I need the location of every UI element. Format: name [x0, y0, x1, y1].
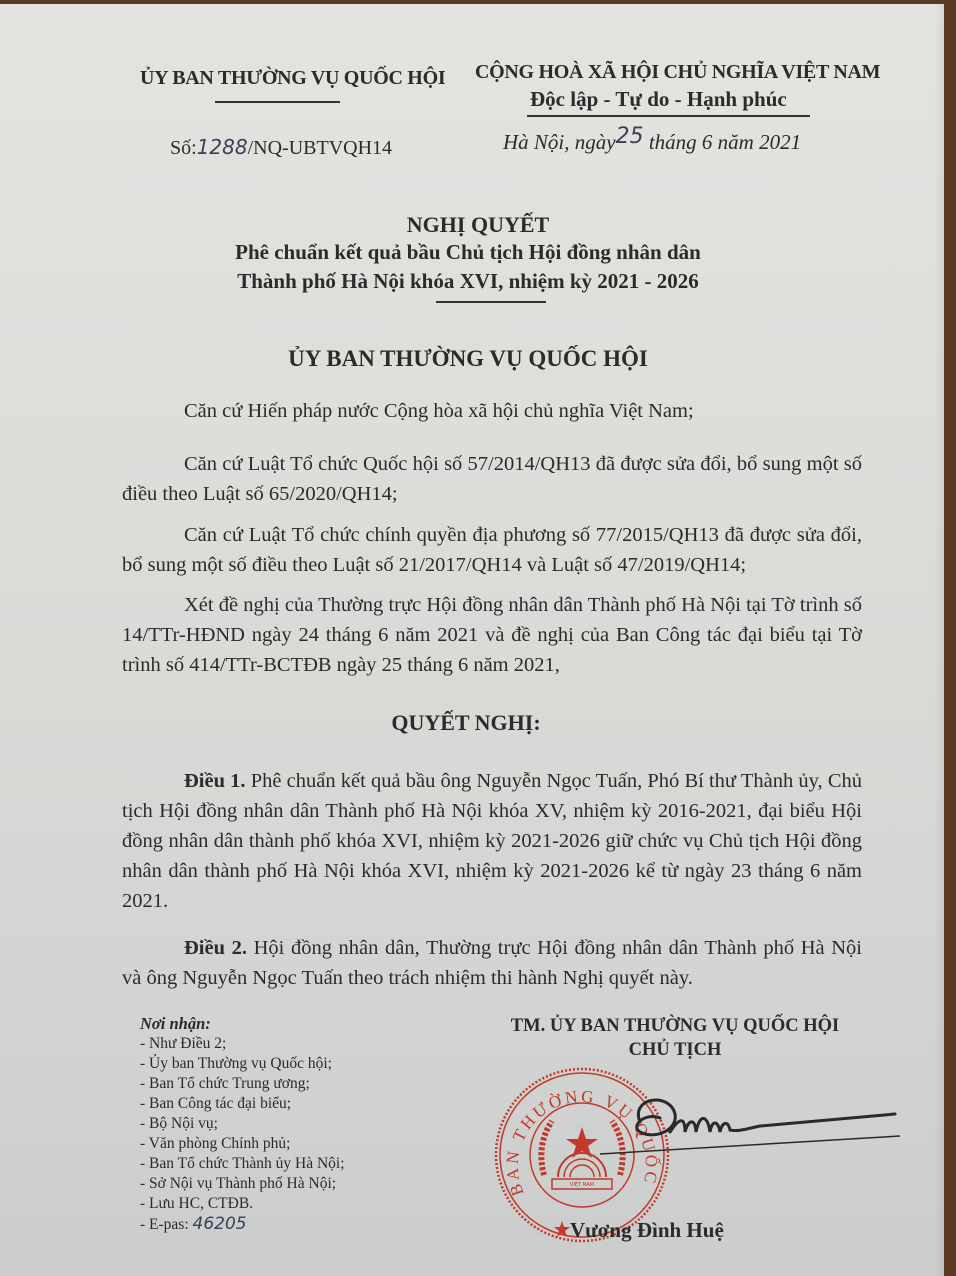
handwritten-day: 25 — [616, 124, 644, 149]
preamble-item: Căn cứ Luật Tổ chức chính quyền địa phươ… — [122, 520, 862, 580]
preamble-item: Xét đề nghị của Thường trực Hội đồng nhâ… — [122, 590, 862, 680]
title-underline — [436, 301, 546, 303]
signature-icon — [600, 1092, 900, 1162]
issuing-agency: ỦY BAN THƯỜNG VỤ QUỐC HỘI — [140, 67, 445, 90]
recipient-item: - Ban Công tác đại biểu; — [140, 1094, 345, 1114]
recipient-item: - Bộ Nội vụ; — [140, 1114, 345, 1134]
recipient-epas: - E-pas: 46205 — [140, 1214, 345, 1235]
recipient-item: - Văn phòng Chính phủ; — [140, 1134, 345, 1154]
date-suffix: tháng 6 năm 2021 — [649, 130, 801, 154]
signer-name: Vương Đình Huệ — [570, 1218, 724, 1243]
epas-label: - E-pas: — [140, 1216, 189, 1233]
document-number: Số:1288/NQ-UBTVQH14 — [170, 135, 392, 160]
preamble-item: Căn cứ Luật Tổ chức Quốc hội số 57/2014/… — [122, 449, 862, 509]
handwritten-number: 1288 — [197, 135, 248, 159]
recipient-item: - Ủy ban Thường vụ Quốc hội; — [140, 1054, 345, 1074]
on-behalf-of: TM. ỦY BAN THƯỜNG VỤ QUỐC HỘI — [470, 1016, 880, 1037]
document-date: Hà Nội, ngày25 tháng 6 năm 2021 — [503, 130, 801, 155]
national-motto: Độc lập - Tự do - Hạnh phúc — [530, 87, 787, 112]
number-suffix: /NQ-UBTVQH14 — [248, 137, 392, 159]
signer-position: CHỦ TỊCH — [470, 1040, 880, 1061]
issuer-heading: ỦY BAN THƯỜNG VỤ QUỐC HỘI — [0, 346, 946, 372]
recipient-item: - Ban Tổ chức Trung ương; — [140, 1074, 345, 1094]
date-prefix: Hà Nội, ngày — [503, 130, 616, 154]
motto-underline — [527, 115, 810, 117]
recipients-title: Nơi nhận: — [140, 1014, 345, 1034]
document-type: NGHỊ QUYẾT — [0, 212, 956, 238]
decision-heading: QUYẾT NGHỊ: — [0, 710, 944, 736]
article-1: Điều 1. Phê chuẩn kết quả bầu ông Nguyễn… — [122, 766, 862, 916]
article-label: Điều 2. — [184, 937, 247, 959]
recipients-block: Nơi nhận: - Như Điều 2; - Ủy ban Thường … — [140, 1014, 345, 1235]
recipient-item: - Như Điều 2; — [140, 1034, 345, 1054]
article-label: Điều 1. — [184, 770, 246, 792]
subject-line-1: Phê chuẩn kết quả bầu Chủ tịch Hội đồng … — [0, 240, 946, 265]
stamp-emblem-text: VIỆT NAM — [570, 1180, 594, 1188]
agency-underline — [215, 101, 340, 103]
national-title: CỘNG HOÀ XÃ HỘI CHỦ NGHĨA VIỆT NAM — [475, 61, 880, 84]
preamble-item: Căn cứ Hiến pháp nước Cộng hòa xã hội ch… — [122, 396, 862, 426]
epas-handwritten: 46205 — [193, 1214, 247, 1234]
number-prefix: Số: — [170, 137, 197, 159]
document-page: ỦY BAN THƯỜNG VỤ QUỐC HỘI CỘNG HOÀ XÃ HỘ… — [0, 4, 944, 1276]
article-2: Điều 2. Hội đồng nhân dân, Thường trực H… — [122, 933, 862, 993]
recipient-item: - Sở Nội vụ Thành phố Hà Nội; — [140, 1174, 345, 1194]
subject-line-2: Thành phố Hà Nội khóa XVI, nhiệm kỳ 2021… — [0, 269, 946, 294]
recipient-item: - Lưu HC, CTĐB. — [140, 1194, 345, 1214]
recipient-item: - Ban Tổ chức Thành ủy Hà Nội; — [140, 1154, 345, 1174]
